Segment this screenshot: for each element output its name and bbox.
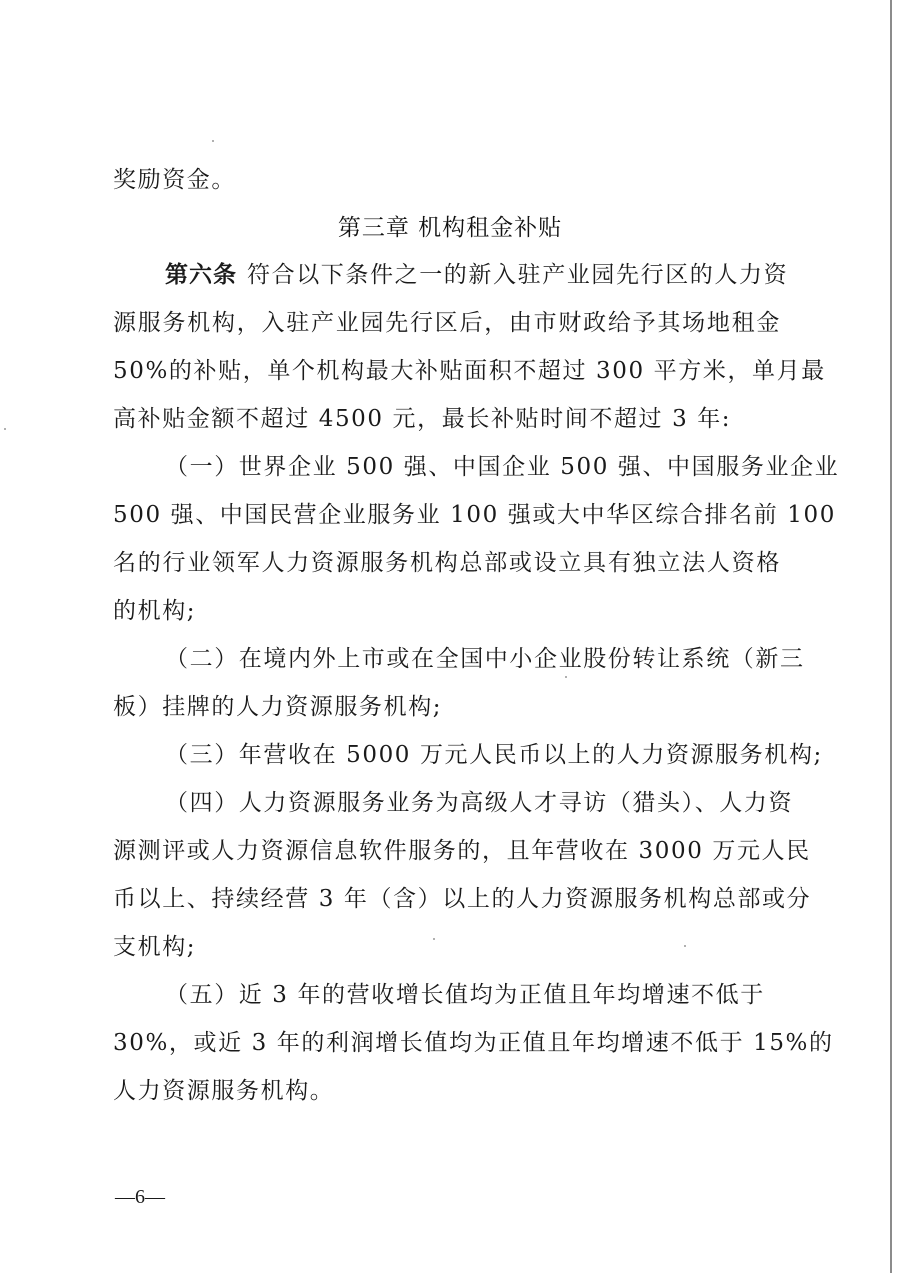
article-text-line: 高补贴金额不超过 4500 元，最长补贴时间不超过 3 年: [113,404,781,434]
article-first-line: 第六条符合以下条件之一的新入驻产业园先行区的人力资 [165,260,781,290]
paragraph-tail: 奖励资金。 [113,165,781,195]
item-2-line: （二）在境内外上市或在全国中小企业股份转让系统（新三 [165,644,781,674]
article-text: 符合以下条件之一的新入驻产业园先行区的人力资 [247,262,788,288]
item-1-line: 的机构; [113,596,781,626]
article-text-line: 50%的补贴，单个机构最大补贴面积不超过 300 平方米，单月最 [113,356,781,386]
article-label: 第六条 [165,262,237,288]
scan-speck [565,676,567,678]
page-number: —6— [115,1185,165,1209]
item-1-line: （一）世界企业 500 强、中国企业 500 强、中国服务业企业 [165,452,781,482]
scan-edge-line [890,0,892,1273]
scan-speck [212,140,214,142]
chapter-title: 第三章 机构租金补贴 [0,213,900,243]
item-4-line: 源测评或人力资源信息软件服务的，且年营收在 3000 万元人民 [113,836,781,866]
item-2-line: 板）挂牌的人力资源服务机构; [113,692,781,722]
item-1-line: 500 强、中国民营企业服务业 100 强或大中华区综合排名前 100 [113,500,781,530]
item-5-line: 30%，或近 3 年的利润增长值均为正值且年均增速不低于 15%的 [113,1028,781,1058]
scan-speck [433,938,435,940]
scan-speck [4,428,6,430]
item-4-line: 币以上、持续经营 3 年（含）以上的人力资源服务机构总部或分 [113,884,781,914]
item-5-line: 人力资源服务机构。 [113,1076,781,1106]
document-page: 奖励资金。 第三章 机构租金补贴 第六条符合以下条件之一的新入驻产业园先行区的人… [0,0,900,1273]
item-4-line: （四）人力资源服务业务为高级人才寻访（猎头）、人力资 [165,788,781,818]
item-3-line: （三）年营收在 5000 万元人民币以上的人力资源服务机构; [165,740,781,770]
item-1-line: 名的行业领军人力资源服务机构总部或设立具有独立法人资格 [113,548,781,578]
item-4-line: 支机构; [113,932,781,962]
scan-speck [684,945,686,947]
article-text-line: 源服务机构，入驻产业园先行区后，由市财政给予其场地租金 [113,308,781,338]
item-5-line: （五）近 3 年的营收增长值均为正值且年均增速不低于 [165,980,781,1010]
